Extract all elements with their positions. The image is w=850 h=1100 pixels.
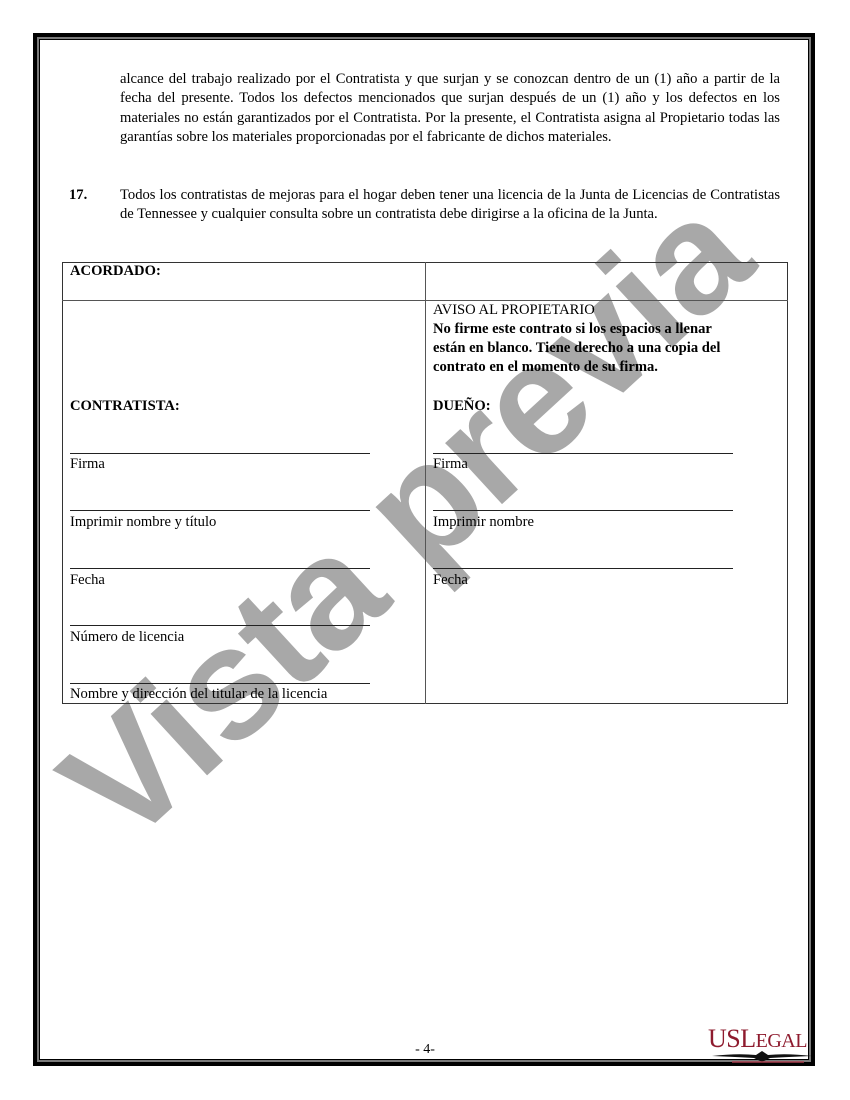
- license-holder-label: Nombre y dirección del titular de la lic…: [70, 685, 327, 704]
- agreed-header: ACORDADO:: [70, 262, 161, 281]
- paragraph-17: Todos los contratistas de mejoras para e…: [120, 186, 780, 225]
- owner-notice-title: AVISO AL PROPIETARIO: [433, 301, 595, 320]
- contractor-date-line[interactable]: [70, 568, 370, 569]
- owner-notice-line-1: No firme este contrato si los espacios a…: [433, 320, 712, 339]
- paragraph-16-continuation: alcance del trabajo realizado por el Con…: [120, 70, 780, 148]
- owner-date-label: Fecha: [433, 571, 468, 590]
- contractor-name-title-line[interactable]: [70, 510, 370, 511]
- owner-notice-line-3: contrato en el momento de su firma.: [433, 358, 658, 377]
- logo-tagline: [732, 1061, 804, 1063]
- table-row-divider: [62, 300, 788, 301]
- contractor-heading: CONTRATISTA:: [70, 397, 180, 416]
- document-page: alcance del trabajo realizado por el Con…: [0, 0, 850, 1100]
- owner-name-label: Imprimir nombre: [433, 513, 534, 532]
- owner-signature-label: Firma: [433, 455, 468, 474]
- table-column-divider: [425, 262, 426, 704]
- contractor-name-title-label: Imprimir nombre y título: [70, 513, 216, 532]
- logo-l: L: [740, 1024, 755, 1053]
- owner-heading: DUEÑO:: [433, 397, 491, 416]
- owner-name-line[interactable]: [433, 510, 733, 511]
- logo-us: US: [708, 1024, 740, 1053]
- contractor-signature-line[interactable]: [70, 453, 370, 454]
- owner-signature-line[interactable]: [433, 453, 733, 454]
- contractor-license-number-line[interactable]: [70, 625, 370, 626]
- logo-egal: EGAL: [756, 1030, 807, 1052]
- owner-notice-line-2: están en blanco. Tiene derecho a una cop…: [433, 339, 720, 358]
- uslegal-logo: USLEGAL: [708, 1026, 826, 1066]
- contractor-license-number-label: Número de licencia: [70, 628, 184, 647]
- owner-date-line[interactable]: [433, 568, 733, 569]
- paragraph-17-number: 17.: [69, 186, 87, 205]
- license-holder-line[interactable]: [70, 683, 370, 684]
- contractor-date-label: Fecha: [70, 571, 105, 590]
- contractor-signature-label: Firma: [70, 455, 105, 474]
